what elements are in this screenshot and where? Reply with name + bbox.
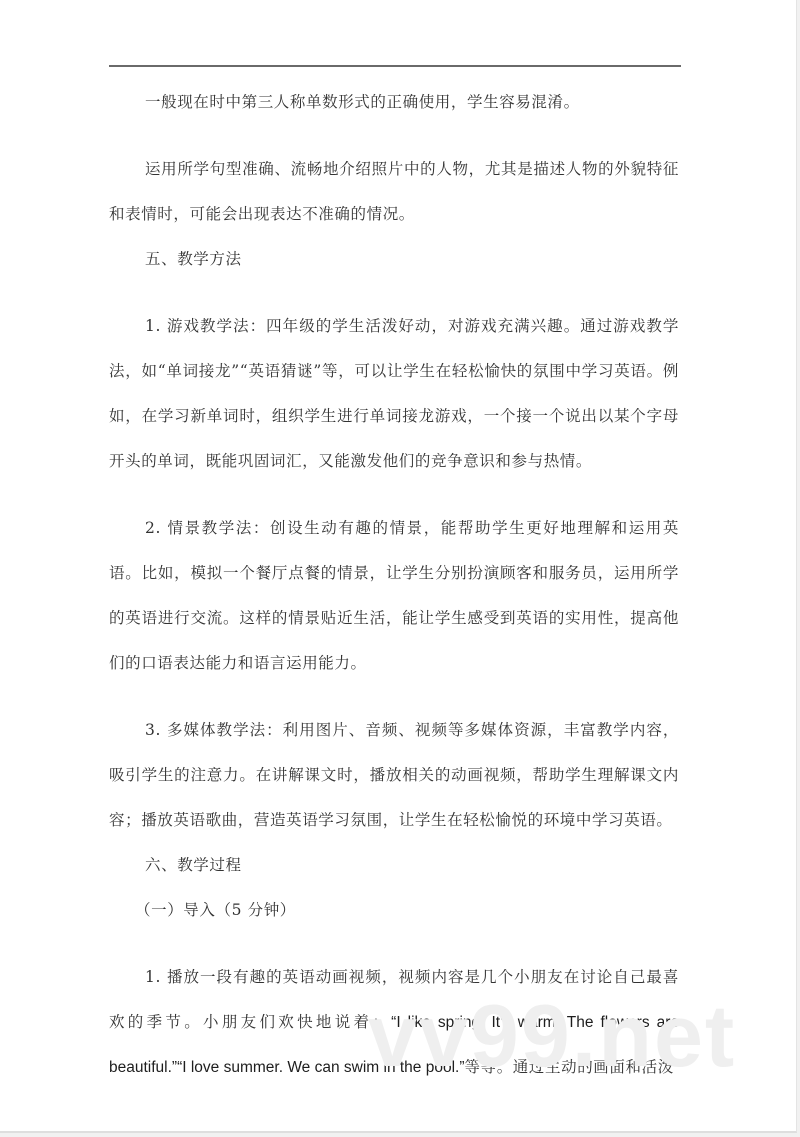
document-body: 一般现在时中第三人称单数形式的正确使用，学生容易混淆。 运用所学句型准确、流畅地… <box>109 80 679 1090</box>
header-rule <box>109 65 681 67</box>
paragraph-photo-description-note: 运用所学句型准确、流畅地介绍照片中的人物，尤其是描述人物的外貌特征和表情时，可能… <box>109 147 679 237</box>
paragraph-multimedia-method: 3. 多媒体教学法：利用图片、音频、视频等多媒体资源，丰富教学内容，吸引学生的注… <box>109 708 679 843</box>
paragraph-game-method: 1. 游戏教学法：四年级的学生活泼好动，对游戏充满兴趣。通过游戏教学法，如“单词… <box>109 304 679 484</box>
watermark: vv99.net <box>368 992 736 1080</box>
paragraph-third-person-note: 一般现在时中第三人称单数形式的正确使用，学生容易混淆。 <box>109 80 679 125</box>
section-heading-teaching-methods: 五、教学方法 <box>109 237 679 282</box>
paragraph-scenario-method: 2. 情景教学法：创设生动有趣的情景，能帮助学生更好地理解和运用英语。比如，模拟… <box>109 506 679 686</box>
subsection-heading-introduction: （一）导入（5 分钟） <box>109 888 679 933</box>
document-page: 一般现在时中第三人称单数形式的正确使用，学生容易混淆。 运用所学句型准确、流畅地… <box>0 0 797 1133</box>
section-heading-teaching-process: 六、教学过程 <box>109 843 679 888</box>
